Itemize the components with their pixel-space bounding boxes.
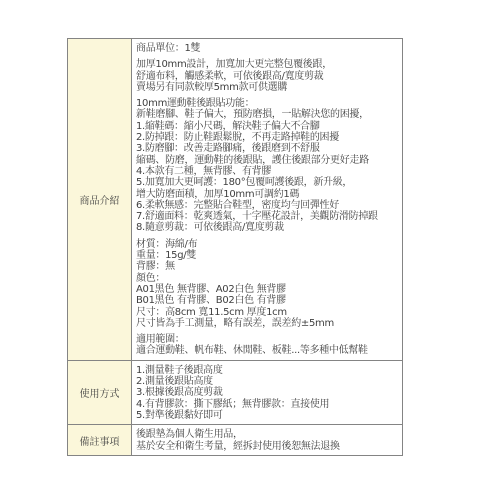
row-label-product-intro: 商品介紹 <box>68 39 132 360</box>
text-line: 材質：海綿/布 <box>136 239 398 250</box>
text-line: 5.對準後跟黏好即可 <box>136 410 398 421</box>
row-label-notes: 備註事項 <box>68 425 132 455</box>
text-line: 適用範圍： <box>136 334 398 345</box>
product-intro-content: 商品單位：1雙加厚10mm設計，加寬加大更完整包覆後跟，舒適布料，觸感柔軟，可依… <box>132 39 402 360</box>
page: 商品介紹 商品單位：1雙加厚10mm設計，加寬加大更完整包覆後跟，舒適布料，觸感… <box>0 0 480 480</box>
paragraph: 商品單位：1雙 <box>136 43 398 54</box>
text-line: 基於安全和衛生考量，經拆封使用後恕無法退換 <box>136 441 398 452</box>
text-line: 2.防掉跟：防止鞋跟鬆脫，不再走路掉鞋的困擾 <box>136 132 398 143</box>
text-line: 顏色： <box>136 273 398 284</box>
paragraph: 後跟墊為個人衛生用品，基於安全和衛生考量，經拆封使用後恕無法退換 <box>136 429 398 452</box>
text-line: 10mm運動鞋後跟貼功能： <box>136 98 398 109</box>
text-line: 1.縮鞋碼：縮小尺碼，解決鞋子偏大不合腳 <box>136 121 398 132</box>
table-row-product-intro: 商品介紹 商品單位：1雙加厚10mm設計，加寬加大更完整包覆後跟，舒適布料，觸感… <box>68 39 402 360</box>
text-line: 5.加寬加大更呵護：180°包覆呵護後跟，新升級， <box>136 177 398 188</box>
text-line: 3.防磨腳：改善走路腳痛，後跟磨到不舒服 <box>136 143 398 154</box>
text-line: 1.測量鞋子後跟高度 <box>136 365 398 376</box>
text-line: 商品單位：1雙 <box>136 43 398 54</box>
paragraph: 材質：海綿/布重量：15g/雙背膠：無顏色：A01黑色 無背膠、A02白色 無背… <box>136 239 398 329</box>
usage-content: 1.測量鞋子後跟高度2.測量後跟貼高度3.根據後跟高度剪裁4.有背膠款：撕下膠紙… <box>132 361 402 424</box>
text-line: A01黑色 無背膠、A02白色 無背膠 <box>136 284 398 295</box>
text-line: 重量：15g/雙 <box>136 250 398 261</box>
text-line: 新鞋磨腳、鞋子偏大，預防磨損，一貼解決您的困擾， <box>136 109 398 120</box>
text-line: 4.本款有二種，無背膠、有背膠 <box>136 166 398 177</box>
paragraph: 10mm運動鞋後跟貼功能：新鞋磨腳、鞋子偏大，預防磨損，一貼解決您的困擾，1.縮… <box>136 98 398 234</box>
text-line: 2.測量後跟貼高度 <box>136 376 398 387</box>
notes-content: 後跟墊為個人衛生用品，基於安全和衛生考量，經拆封使用後恕無法退換 <box>132 425 402 455</box>
paragraph: 適用範圍：適合運動鞋、帆布鞋、休閒鞋、板鞋...等多種中低幫鞋 <box>136 334 398 357</box>
text-line: B01黑色 有背膠、B02白色 有背膠 <box>136 295 398 306</box>
paragraph: 加厚10mm設計，加寬加大更完整包覆後跟，舒適布料，觸感柔軟，可依後跟高/寬度剪… <box>136 59 398 93</box>
text-line: 3.根據後跟高度剪裁 <box>136 387 398 398</box>
text-line: 縮碼、防磨，運動鞋的後跟貼，護住後跟部分更好走路 <box>136 155 398 166</box>
text-line: 增大防磨面積，加厚10mm可調約1碼 <box>136 189 398 200</box>
text-line: 適合運動鞋、帆布鞋、休閒鞋、板鞋...等多種中低幫鞋 <box>136 345 398 356</box>
text-line: 7.舒適面料：乾爽透氣，十字壓花設計，美觀防滑防掉跟 <box>136 211 398 222</box>
paragraph: 1.測量鞋子後跟高度2.測量後跟貼高度3.根據後跟高度剪裁4.有背膠款：撕下膠紙… <box>136 365 398 421</box>
text-line: 舒適布料，觸感柔軟，可依後跟高/寬度剪裁 <box>136 71 398 82</box>
text-line: 尺寸：高8cm 寬11.5cm 厚度1cm <box>136 307 398 318</box>
text-line: 加厚10mm設計，加寬加大更完整包覆後跟， <box>136 59 398 70</box>
text-line: 背膠：無 <box>136 261 398 272</box>
text-line: 後跟墊為個人衛生用品， <box>136 429 398 440</box>
text-line: 4.有背膠款：撕下膠紙；無背膠款：直接使用 <box>136 399 398 410</box>
row-label-usage: 使用方式 <box>68 361 132 424</box>
text-line: 8.隨意剪裁：可依後跟高/寬度剪裁 <box>136 222 398 233</box>
table-row-usage: 使用方式 1.測量鞋子後跟高度2.測量後跟貼高度3.根據後跟高度剪裁4.有背膠款… <box>68 360 402 424</box>
text-line: 賣場另有同款較厚5mm款可供選購 <box>136 82 398 93</box>
text-line: 尺寸皆為手工測量，略有誤差，誤差約±5mm <box>136 318 398 329</box>
text-line: 6.柔軟無感：完整貼合鞋型，密度均勻回彈性好 <box>136 200 398 211</box>
product-info-table: 商品介紹 商品單位：1雙加厚10mm設計，加寬加大更完整包覆後跟，舒適布料，觸感… <box>67 38 403 456</box>
table-row-notes: 備註事項 後跟墊為個人衛生用品，基於安全和衛生考量，經拆封使用後恕無法退換 <box>68 424 402 455</box>
